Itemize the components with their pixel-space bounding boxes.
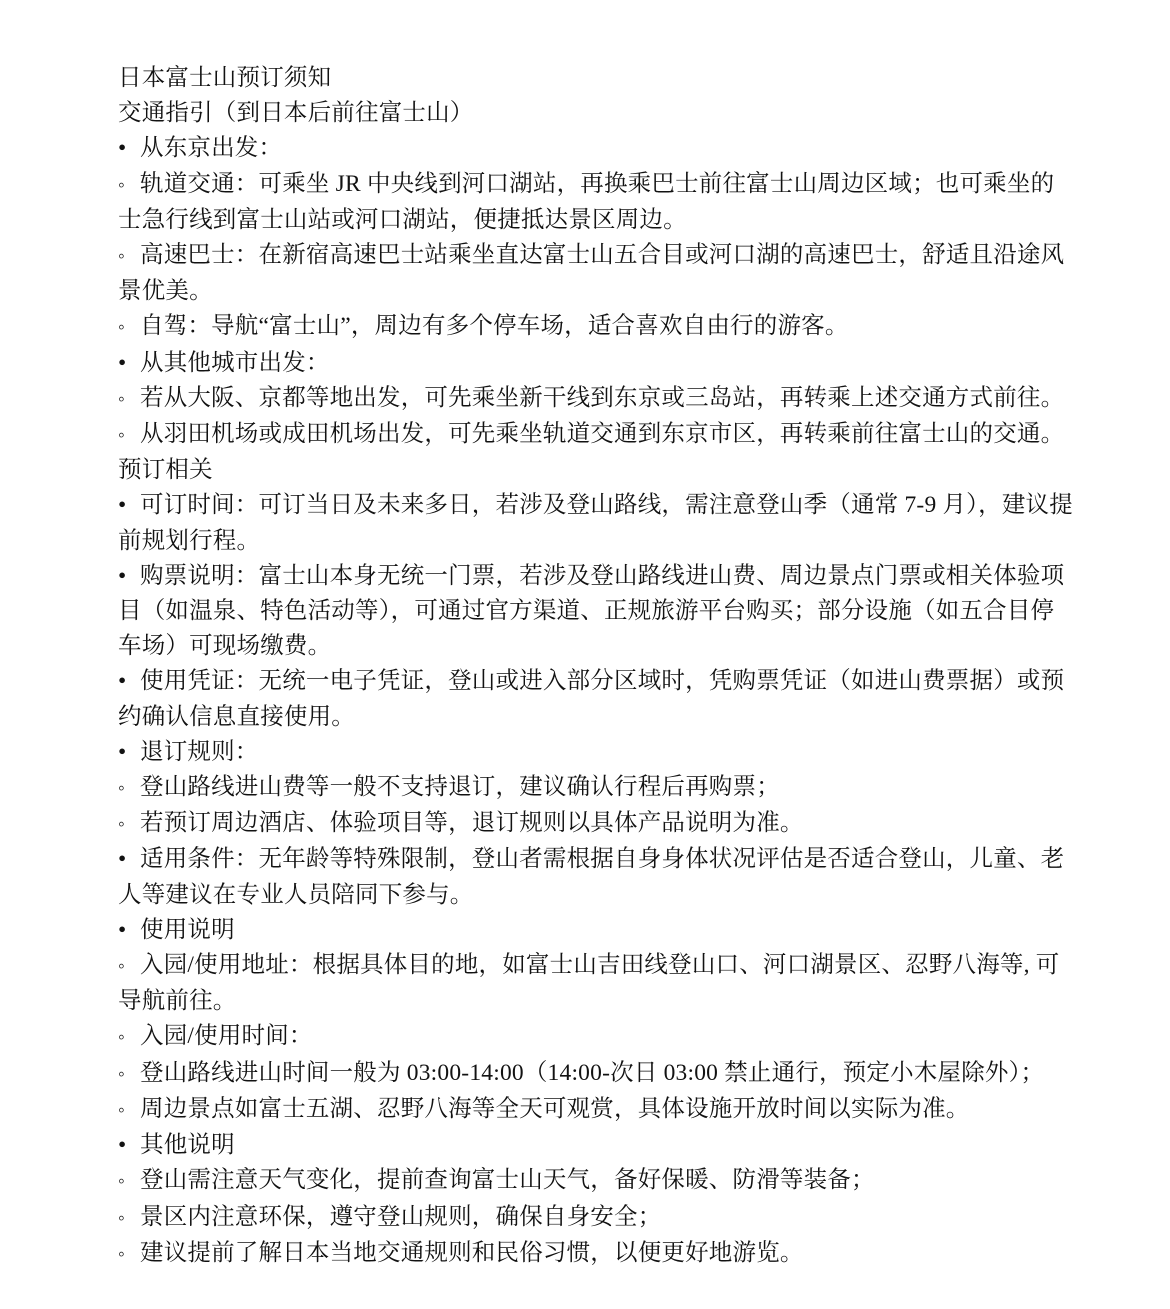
bullet-marker: • bbox=[118, 131, 140, 166]
sub-bullet-item: ◦高速巴士：在新宿高速巴士站乘坐直达富士山五合目或河口湖的高速巴士，舒适且沿途风 bbox=[118, 238, 1060, 274]
line-text: 建议提前了解日本当地交通规则和民俗习惯，以便更好地游览。 bbox=[140, 1240, 804, 1266]
bullet-item: •从其他城市出发： bbox=[118, 346, 1060, 381]
line-text: 登山路线进山时间一般为 03:00-14:00（14:00-次日 03:00 禁… bbox=[140, 1060, 1044, 1086]
sub-bullet-marker: ◦ bbox=[118, 382, 140, 417]
sub-bullet-item: ◦若预订周边酒店、体验项目等，退订规则以具体产品说明为准。 bbox=[118, 806, 1060, 842]
line-text: 使用说明 bbox=[140, 917, 235, 943]
line-text: 自驾：导航“富士山”，周边有多个停车场，适合喜欢自由行的游客。 bbox=[140, 313, 849, 339]
sub-bullet-marker: ◦ bbox=[118, 418, 140, 453]
line-text: 从东京出发： bbox=[140, 135, 282, 161]
bullet-marker: • bbox=[118, 664, 140, 699]
bullet-item: •购票说明：富士山本身无统一门票，若涉及登山路线进山费、周边景点门票或相关体验项 bbox=[118, 559, 1060, 594]
line-text: 其他说明 bbox=[140, 1132, 235, 1158]
sub-bullet-item: ◦轨道交通：可乘坐 JR 中央线到河口湖站，再换乘巴士前往富士山周边区域；也可乘… bbox=[118, 167, 1060, 203]
bullet-marker: • bbox=[118, 346, 140, 381]
line-text: 目（如温泉、特色活动等），可通过官方渠道、正规旅游平台购买；部分设施（如五合目停 bbox=[118, 598, 1054, 624]
sub-bullet-marker: ◦ bbox=[118, 1201, 140, 1236]
bullet-marker: • bbox=[118, 842, 140, 877]
line-text: 交通指引（到日本后前往富士山） bbox=[118, 100, 474, 126]
line-text: 前规划行程。 bbox=[118, 528, 260, 554]
sub-bullet-marker: ◦ bbox=[118, 168, 140, 203]
line-text: 入园/使用时间： bbox=[140, 1023, 313, 1049]
line-text: 适用条件：无年龄等特殊限制，登山者需根据自身身体状况评估是否适合登山，儿童、老 bbox=[140, 846, 1064, 872]
sub-bullet-item: ◦自驾：导航“富士山”，周边有多个停车场，适合喜欢自由行的游客。 bbox=[118, 309, 1060, 345]
sub-bullet-item: ◦入园/使用地址：根据具体目的地，如富士山吉田线登山口、河口湖景区、忍野八海等,… bbox=[118, 948, 1060, 984]
line-text: 登山路线进山费等一般不支持退订，建议确认行程后再购票； bbox=[140, 774, 780, 800]
line-text: 登山需注意天气变化，提前查询富士山天气，备好保暖、防滑等装备； bbox=[140, 1167, 875, 1193]
line-text: 约确认信息直接使用。 bbox=[118, 704, 355, 730]
continuation-line: 士急行线到富士山站或河口湖站，便捷抵达景区周边。 bbox=[118, 203, 1060, 238]
line-text: 周边景点如富士五湖、忍野八海等全天可观赏，具体设施开放时间以实际为准。 bbox=[140, 1096, 970, 1122]
bullet-item: •其他说明 bbox=[118, 1128, 1060, 1163]
text-line: 交通指引（到日本后前往富士山） bbox=[118, 96, 1060, 131]
sub-bullet-marker: ◦ bbox=[118, 1164, 140, 1199]
bullet-item: •退订规则： bbox=[118, 735, 1060, 770]
line-text: 车场）可现场缴费。 bbox=[118, 633, 331, 659]
line-text: 景区内注意环保，遵守登山规则，确保自身安全； bbox=[140, 1204, 661, 1230]
sub-bullet-item: ◦入园/使用时间： bbox=[118, 1019, 1060, 1055]
sub-bullet-item: ◦建议提前了解日本当地交通规则和民俗习惯，以便更好地游览。 bbox=[118, 1236, 1060, 1272]
sub-bullet-marker: ◦ bbox=[118, 949, 140, 984]
bullet-item: •适用条件：无年龄等特殊限制，登山者需根据自身身体状况评估是否适合登山，儿童、老 bbox=[118, 842, 1060, 877]
line-text: 轨道交通：可乘坐 JR 中央线到河口湖站，再换乘巴士前往富士山周边区域；也可乘坐… bbox=[140, 171, 1054, 197]
bullet-marker: • bbox=[118, 559, 140, 594]
text-line: 预订相关 bbox=[118, 453, 1060, 488]
line-text: 高速巴士：在新宿高速巴士站乘坐直达富士山五合目或河口湖的高速巴士，舒适且沿途风 bbox=[140, 242, 1064, 268]
bullet-item: •可订时间：可订当日及未来多日，若涉及登山路线，需注意登山季（通常 7-9 月）… bbox=[118, 488, 1060, 523]
continuation-line: 车场）可现场缴费。 bbox=[118, 629, 1060, 664]
sub-bullet-marker: ◦ bbox=[118, 1093, 140, 1128]
bullet-item: •使用说明 bbox=[118, 913, 1060, 948]
document-body: 日本富士山预订须知交通指引（到日本后前往富士山）•从东京出发：◦轨道交通：可乘坐… bbox=[0, 0, 1170, 1272]
line-text: 购票说明：富士山本身无统一门票，若涉及登山路线进山费、周边景点门票或相关体验项 bbox=[140, 563, 1064, 589]
continuation-line: 导航前往。 bbox=[118, 984, 1060, 1019]
text-line: 日本富士山预订须知 bbox=[118, 61, 1060, 96]
line-text: 士急行线到富士山站或河口湖站，便捷抵达景区周边。 bbox=[118, 207, 687, 233]
sub-bullet-item: ◦登山路线进山时间一般为 03:00-14:00（14:00-次日 03:00 … bbox=[118, 1056, 1060, 1092]
continuation-line: 前规划行程。 bbox=[118, 524, 1060, 559]
line-text: 预订相关 bbox=[118, 457, 213, 483]
sub-bullet-item: ◦周边景点如富士五湖、忍野八海等全天可观赏，具体设施开放时间以实际为准。 bbox=[118, 1092, 1060, 1128]
line-text: 人等建议在专业人员陪同下参与。 bbox=[118, 882, 474, 908]
line-text: 景优美。 bbox=[118, 278, 213, 304]
sub-bullet-marker: ◦ bbox=[118, 310, 140, 345]
sub-bullet-marker: ◦ bbox=[118, 1057, 140, 1092]
continuation-line: 目（如温泉、特色活动等），可通过官方渠道、正规旅游平台购买；部分设施（如五合目停 bbox=[118, 594, 1060, 629]
line-text: 导航前往。 bbox=[118, 988, 237, 1014]
sub-bullet-marker: ◦ bbox=[118, 807, 140, 842]
bullet-marker: • bbox=[118, 735, 140, 770]
sub-bullet-item: ◦登山路线进山费等一般不支持退订，建议确认行程后再购票； bbox=[118, 770, 1060, 806]
line-text: 若从大阪、京都等地出发，可先乘坐新干线到东京或三岛站，再转乘上述交通方式前往。 bbox=[140, 385, 1064, 411]
bullet-marker: • bbox=[118, 913, 140, 948]
sub-bullet-marker: ◦ bbox=[118, 239, 140, 274]
continuation-line: 景优美。 bbox=[118, 274, 1060, 309]
line-text: 从其他城市出发： bbox=[140, 350, 330, 376]
line-text: 日本富士山预订须知 bbox=[118, 65, 331, 91]
continuation-line: 人等建议在专业人员陪同下参与。 bbox=[118, 878, 1060, 913]
sub-bullet-item: ◦若从大阪、京都等地出发，可先乘坐新干线到东京或三岛站，再转乘上述交通方式前往。 bbox=[118, 381, 1060, 417]
continuation-line: 约确认信息直接使用。 bbox=[118, 700, 1060, 735]
sub-bullet-item: ◦登山需注意天气变化，提前查询富士山天气，备好保暖、防滑等装备； bbox=[118, 1163, 1060, 1199]
sub-bullet-marker: ◦ bbox=[118, 1020, 140, 1055]
bullet-marker: • bbox=[118, 1128, 140, 1163]
line-text: 从羽田机场或成田机场出发，可先乘坐轨道交通到东京市区，再转乘前往富士山的交通。 bbox=[140, 421, 1064, 447]
line-text: 入园/使用地址：根据具体目的地，如富士山吉田线登山口、河口湖景区、忍野八海等, … bbox=[140, 952, 1059, 978]
document-page: 日本富士山预订须知交通指引（到日本后前往富士山）•从东京出发：◦轨道交通：可乘坐… bbox=[0, 0, 1170, 1309]
bullet-item: •从东京出发： bbox=[118, 131, 1060, 166]
bullet-item: •使用凭证：无统一电子凭证，登山或进入部分区域时，凭购票凭证（如进山费票据）或预 bbox=[118, 664, 1060, 699]
line-text: 使用凭证：无统一电子凭证，登山或进入部分区域时，凭购票凭证（如进山费票据）或预 bbox=[140, 668, 1064, 694]
sub-bullet-marker: ◦ bbox=[118, 771, 140, 806]
bullet-marker: • bbox=[118, 488, 140, 523]
sub-bullet-item: ◦景区内注意环保，遵守登山规则，确保自身安全； bbox=[118, 1200, 1060, 1236]
line-text: 可订时间：可订当日及未来多日，若涉及登山路线，需注意登山季（通常 7-9 月），… bbox=[140, 492, 1073, 518]
sub-bullet-marker: ◦ bbox=[118, 1237, 140, 1272]
line-text: 若预订周边酒店、体验项目等，退订规则以具体产品说明为准。 bbox=[140, 810, 804, 836]
line-text: 退订规则： bbox=[140, 739, 259, 765]
sub-bullet-item: ◦从羽田机场或成田机场出发，可先乘坐轨道交通到东京市区，再转乘前往富士山的交通。 bbox=[118, 417, 1060, 453]
